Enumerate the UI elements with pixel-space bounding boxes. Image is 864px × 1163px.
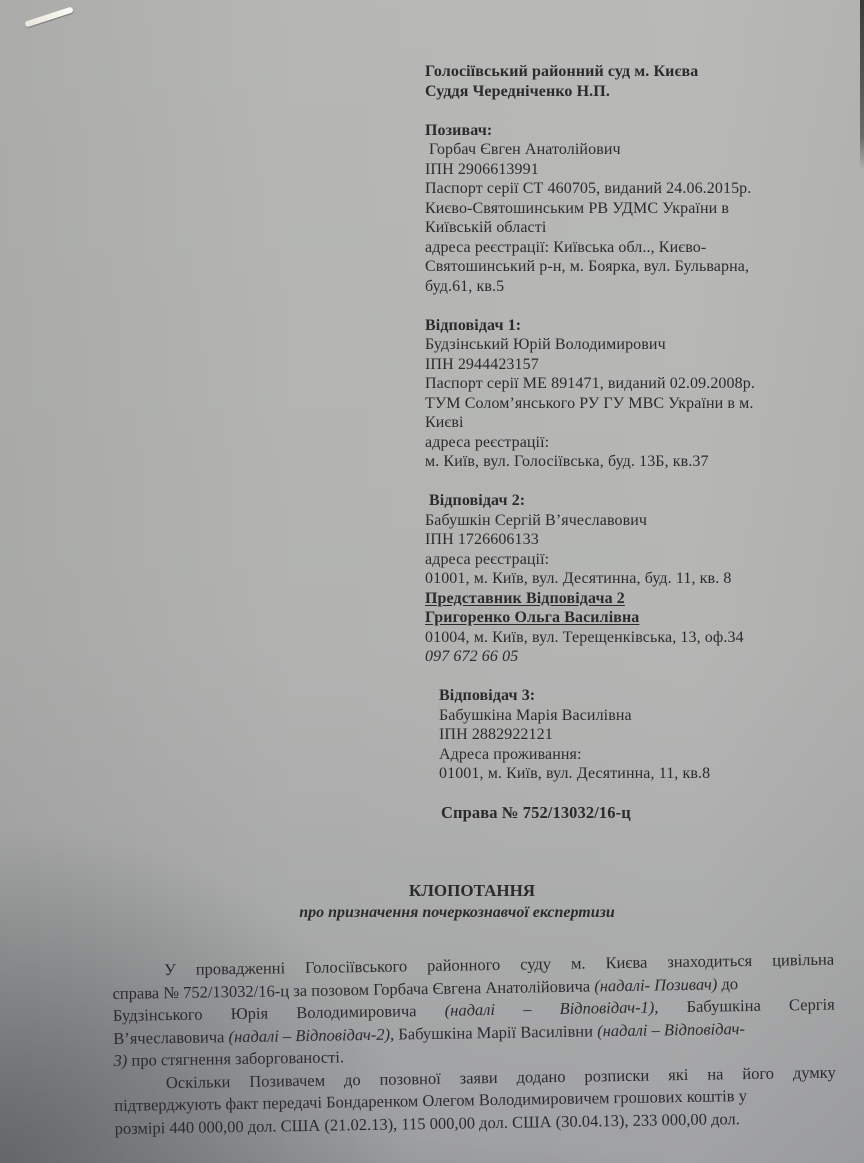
plaintiff-passport-issuer: Києво-Святошинським РВ УДМС України в bbox=[425, 199, 845, 219]
body-word: позовної bbox=[379, 1067, 441, 1090]
representative-label: Представник Відповідача 2 bbox=[425, 589, 845, 609]
defendant3-inn: ІПН 2882922121 bbox=[439, 725, 845, 745]
case-number: Справа № 752/13032/16-ц bbox=[425, 803, 845, 823]
body-word: до bbox=[344, 1069, 361, 1092]
body-word: заяви bbox=[459, 1066, 497, 1089]
document-subtitle: про призначення почеркознавчої експертиз… bbox=[0, 903, 864, 923]
body-word: провадженні bbox=[196, 957, 286, 981]
plaintiff-passport-issuer-cont: Київській області bbox=[425, 218, 845, 238]
plaintiff-address: адреса реєстрації: Київська обл.., Києво… bbox=[425, 238, 845, 258]
plaintiff-name: Горбач Євген Анатолійович bbox=[425, 140, 845, 160]
judge-name: Суддя Чередніченко Н.П. bbox=[425, 82, 845, 102]
plaintiff-address-cont2: буд.61, кв.5 bbox=[425, 277, 845, 297]
defendant2-name: Бабушкін Сергій В’ячеславович bbox=[425, 511, 845, 531]
representative-name: Григоренко Ольга Василівна bbox=[425, 608, 845, 628]
body-word: його bbox=[742, 1062, 774, 1085]
body-word: районного bbox=[427, 954, 501, 978]
plaintiff-inn: ІПН 2906613991 bbox=[425, 160, 845, 180]
defendant1-passport-issuer-cont: Києві bbox=[425, 413, 845, 433]
body-word: цивільна bbox=[772, 949, 834, 972]
body-word: думку bbox=[793, 1061, 836, 1084]
plaintiff-label: Позивач: bbox=[425, 121, 845, 141]
parties-header: Голосіївський районний суд м. Києва Судд… bbox=[425, 62, 845, 823]
body-word: Голосіївського bbox=[305, 955, 407, 979]
court-name: Голосіївський районний суд м. Києва bbox=[425, 62, 845, 82]
body-word: м. bbox=[571, 953, 586, 976]
body-word: які bbox=[668, 1063, 689, 1086]
defendant2-address-label: адреса реєстрації: bbox=[425, 550, 845, 570]
body-word: розписки bbox=[584, 1064, 649, 1088]
defendant1-block: Відповідач 1: Будзінський Юрій Володимир… bbox=[425, 316, 845, 472]
defendant1-inn: ІПН 2944423157 bbox=[425, 355, 845, 375]
document-title: КЛОПОТАННЯ bbox=[0, 881, 864, 901]
defendant1-passport: Паспорт серії МЕ 891471, виданий 02.09.2… bbox=[425, 374, 845, 394]
defendant2-block: Відповідач 2: Бабушкін Сергій В’ячеславо… bbox=[425, 491, 845, 667]
body-word: додано bbox=[516, 1065, 565, 1088]
document-body: УпровадженніГолосіївськогорайонногосудум… bbox=[112, 949, 837, 1140]
defendant2-inn: ІПН 1726606133 bbox=[425, 530, 845, 550]
defendant1-name: Будзінський Юрій Володимирович bbox=[425, 335, 845, 355]
plaintiff-passport: Паспорт серії СТ 460705, виданий 24.06.2… bbox=[425, 179, 845, 199]
defendant2-address: 01001, м. Київ, вул. Десятинна, буд. 11,… bbox=[425, 569, 845, 589]
defendant1-passport-issuer: ТУМ Солом’янського РУ ГУ МВС України в м… bbox=[425, 394, 845, 414]
defendant1-address: м. Київ, вул. Голосіївська, буд. 13Б, кв… bbox=[425, 452, 845, 472]
representative-phone: 097 672 66 05 bbox=[425, 647, 845, 667]
body-word: Києва bbox=[605, 952, 647, 975]
body-word: знаходиться bbox=[667, 950, 752, 974]
body-word: суду bbox=[520, 953, 551, 976]
representative-address: 01004, м. Київ, вул. Терещенківська, 13,… bbox=[425, 628, 845, 648]
body-word: У bbox=[164, 959, 176, 982]
plaintiff-block: Позивач: Горбач Євген Анатолійович ІПН 2… bbox=[425, 121, 845, 297]
plaintiff-address-cont: Святошинський р-н, м. Боярка, вул. Бульв… bbox=[425, 257, 845, 277]
defendant1-label: Відповідач 1: bbox=[425, 316, 845, 336]
defendant3-label: Відповідач 3: bbox=[439, 686, 845, 706]
body-word: на bbox=[707, 1063, 724, 1086]
defendant3-address: 01001, м. Київ, вул. Десятинна, 11, кв.8 bbox=[439, 764, 845, 784]
page-edge-shadow bbox=[860, 0, 864, 170]
defendant1-address-label: адреса реєстрації: bbox=[425, 433, 845, 453]
body-word: Оскільки bbox=[166, 1071, 231, 1095]
defendant3-name: Бабушкіна Марія Василівна bbox=[439, 706, 845, 726]
defendant3-block: Відповідач 3: Бабушкіна Марія Василівна … bbox=[425, 686, 845, 784]
defendant3-address-label: Адреса проживання: bbox=[439, 745, 845, 765]
body-word: Позивачем bbox=[249, 1069, 325, 1093]
defendant2-label: Відповідач 2: bbox=[425, 491, 845, 511]
